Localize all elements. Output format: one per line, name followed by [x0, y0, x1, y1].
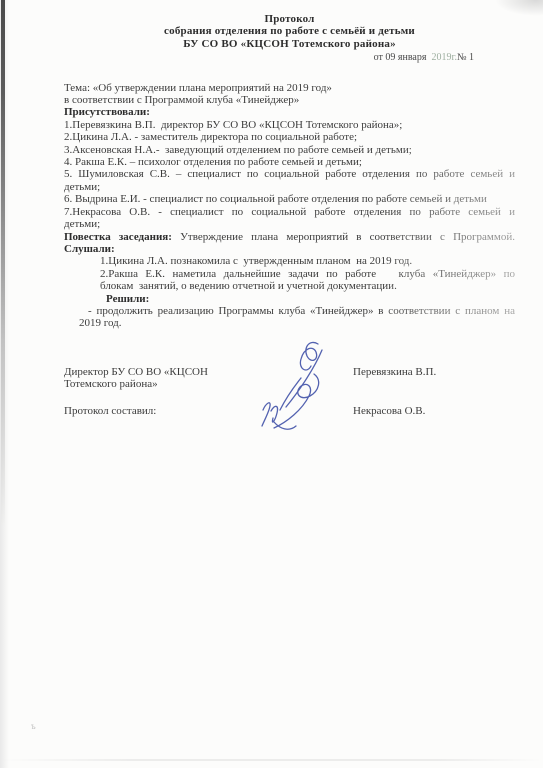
theme-section: Тема: «Об утверждении плана мероприятий …	[64, 82, 515, 107]
scanned-protocol-page: Протокол собрания отделения по работе с …	[0, 0, 543, 768]
doc-number: № 1	[457, 52, 474, 63]
scan-left-edge-line-artifact	[1, 0, 5, 620]
scan-bottom-line-artifact	[0, 759, 543, 761]
handwritten-signatures-ink	[250, 333, 350, 448]
doc-organization: БУ СО ВО «КЦСОН Тотемского района»	[64, 38, 515, 50]
date-year: 2019г.	[431, 52, 456, 63]
agenda-label: Повестка заседания:	[64, 231, 172, 243]
scan-stray-mark: ъ	[31, 721, 36, 731]
doc-subtitle: собрания отделения по работе с семьёй и …	[64, 25, 515, 37]
attendee-line: 1.Перевязкина В.П. директор БУ СО ВО «КЦ…	[64, 119, 515, 131]
doc-date-line: от 09 января 2019г.№ 1	[64, 52, 515, 64]
signature-stroke	[262, 403, 270, 426]
theme-line-1: Тема: «Об утверждении плана мероприятий …	[64, 82, 515, 94]
signature-stroke	[274, 374, 319, 428]
doc-title: Протокол	[64, 13, 515, 25]
scan-fade-artifact	[388, 148, 543, 338]
date-prefix: от 09 января	[374, 52, 432, 63]
attendees-label: Присутствовали:	[64, 106, 515, 118]
compiler-name: Некрасова О.В.	[353, 405, 425, 417]
signature-stroke	[271, 406, 278, 422]
signature-stroke	[300, 342, 318, 370]
attendee-line: 2.Цикина Л.А. - заместитель директора по…	[64, 131, 515, 143]
signature-stroke	[274, 422, 296, 429]
scan-corner-smudge-artifact	[495, 0, 543, 16]
director-name: Перевязкина В.П.	[353, 366, 436, 378]
theme-line-2: в соответствии с Программой клуба «Тиней…	[64, 94, 515, 106]
